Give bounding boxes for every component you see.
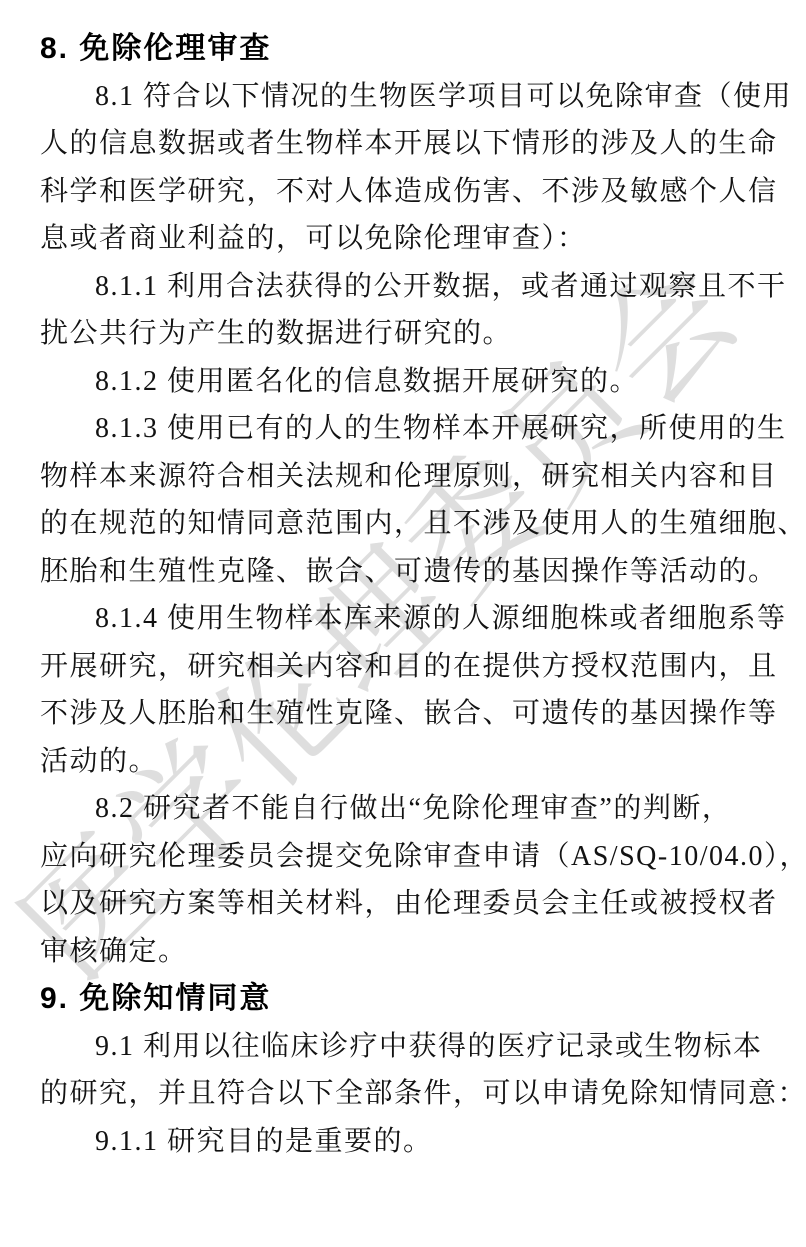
- paragraph-8-1-3-line: 物样本来源符合相关法规和伦理原则，研究相关内容和目: [40, 453, 768, 501]
- paragraph-8-1-4-line: 8.1.4 使用生物样本库来源的人源细胞株或者细胞系等: [40, 595, 768, 643]
- paragraph-8-1-3-line: 8.1.3 使用已有的人的生物样本开展研究，所使用的生: [40, 405, 768, 453]
- paragraph-8-1-line: 8.1 符合以下情况的生物医学项目可以免除审查（使用: [40, 73, 768, 121]
- section-8-heading: 8. 免除伦理审查: [40, 25, 768, 73]
- paragraph-8-1-4-line: 开展研究，研究相关内容和目的在提供方授权范围内，且: [40, 643, 768, 691]
- paragraph-8-1-line: 息或者商业利益的，可以免除伦理审查）：: [40, 215, 768, 263]
- document-content: 8. 免除伦理审查 8.1 符合以下情况的生物医学项目可以免除审查（使用 人的信…: [0, 0, 806, 1165]
- paragraph-8-1-3-line: 的在规范的知情同意范围内，且不涉及使用人的生殖细胞、: [40, 500, 768, 548]
- paragraph-8-1-3-line: 胚胎和生殖性克隆、嵌合、可遗传的基因操作等活动的。: [40, 548, 768, 596]
- section-9-heading: 9. 免除知情同意: [40, 975, 768, 1023]
- paragraph-8-1-4-line: 不涉及人胚胎和生殖性克隆、嵌合、可遗传的基因操作等: [40, 690, 768, 738]
- paragraph-8-1-2-line: 8.1.2 使用匿名化的信息数据开展研究的。: [40, 358, 768, 406]
- paragraph-9-1-1-line: 9.1.1 研究目的是重要的。: [40, 1118, 768, 1166]
- paragraph-8-1-line: 科学和医学研究，不对人体造成伤害、不涉及敏感个人信: [40, 168, 768, 216]
- paragraph-8-1-4-line: 活动的。: [40, 738, 768, 786]
- paragraph-8-2-line: 审核确定。: [40, 928, 768, 976]
- paragraph-9-1-line: 9.1 利用以往临床诊疗中获得的医疗记录或生物标本: [40, 1023, 768, 1071]
- paragraph-8-2-line: 8.2 研究者不能自行做出“免除伦理审查”的判断，: [40, 785, 768, 833]
- paragraph-8-1-1-line: 扰公共行为产生的数据进行研究的。: [40, 310, 768, 358]
- paragraph-8-1-line: 人的信息数据或者生物样本开展以下情形的涉及人的生命: [40, 120, 768, 168]
- document-page: 医学伦理委员会 8. 免除伦理审查 8.1 符合以下情况的生物医学项目可以免除审…: [0, 0, 806, 1247]
- paragraph-8-2-line: 以及研究方案等相关材料，由伦理委员会主任或被授权者: [40, 880, 768, 928]
- paragraph-8-2-line: 应向研究伦理委员会提交免除审查申请（AS/SQ-10/04.0），: [40, 833, 768, 881]
- paragraph-8-1-1-line: 8.1.1 利用合法获得的公开数据，或者通过观察且不干: [40, 263, 768, 311]
- paragraph-9-1-line: 的研究，并且符合以下全部条件，可以申请免除知情同意：: [40, 1070, 768, 1118]
